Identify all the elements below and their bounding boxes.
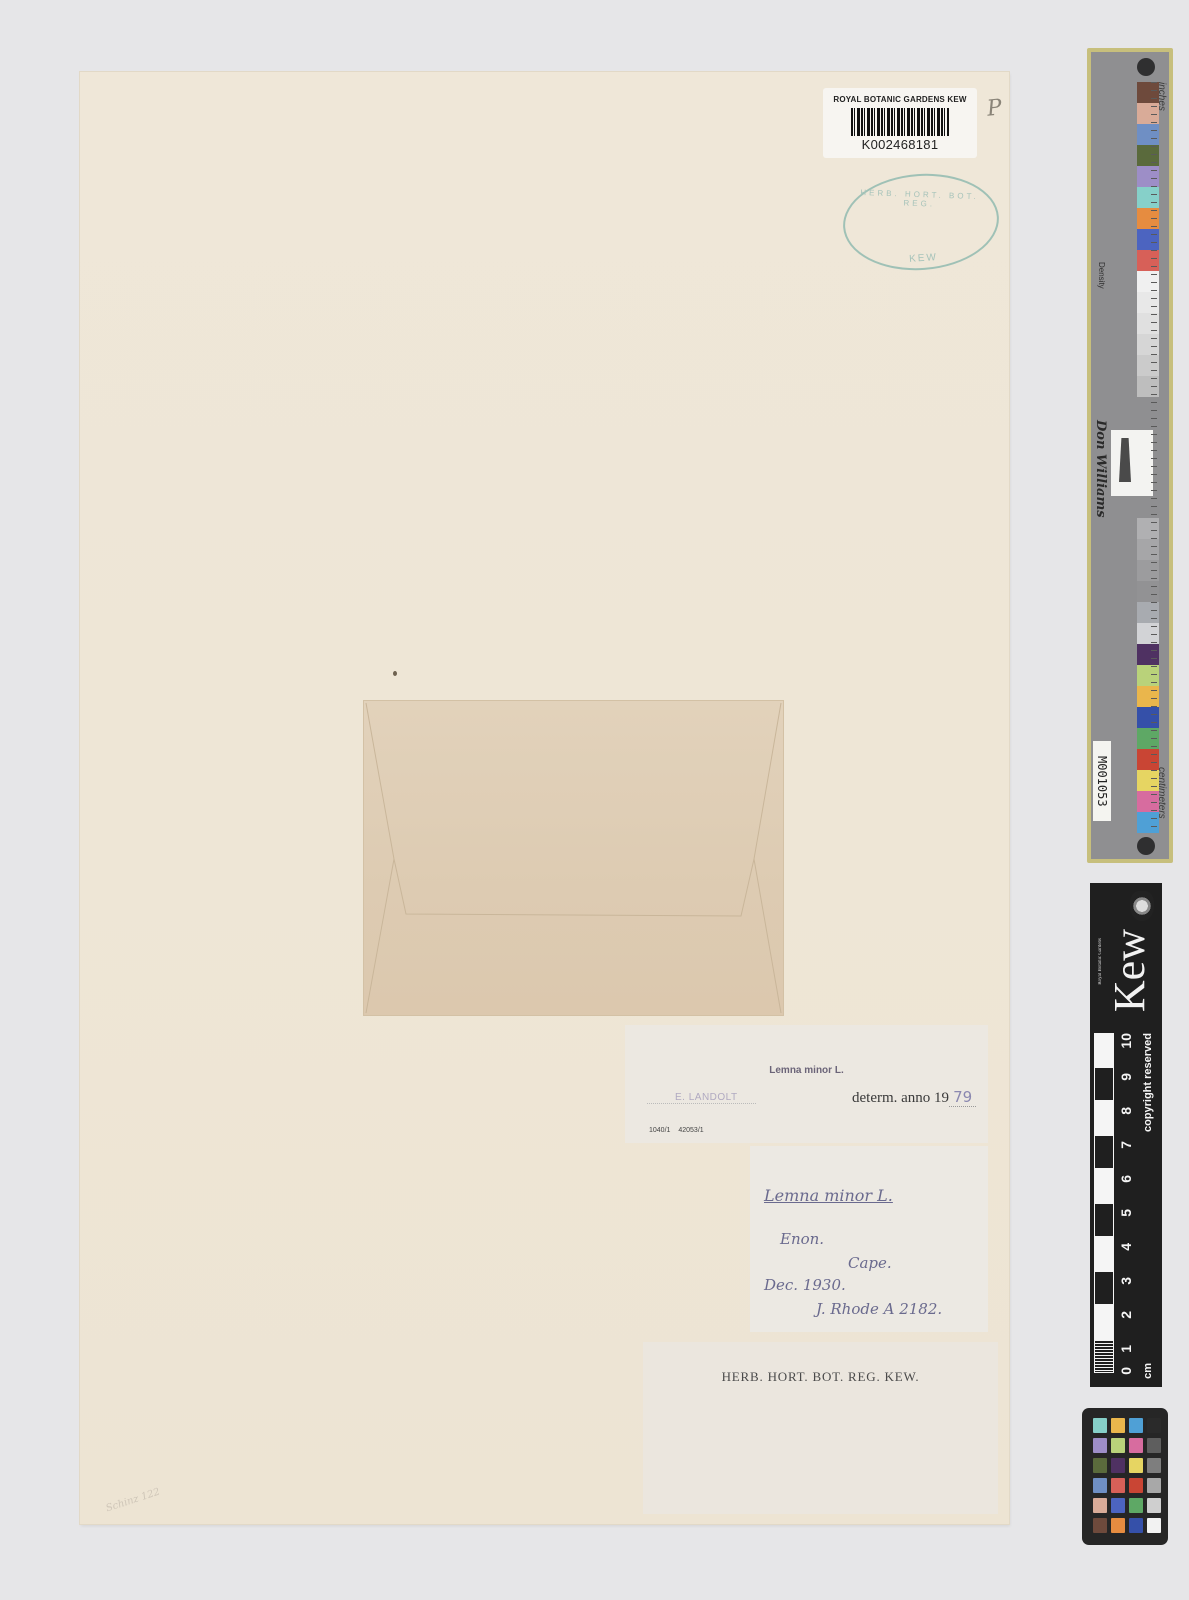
det-reference-numbers: 1040/1 42053/1 [649,1127,704,1134]
checker-cell [1093,1458,1107,1473]
scale-number: 2 [1118,1311,1134,1319]
scale-segment [1094,1203,1114,1237]
checker-cell [1147,1478,1161,1493]
density-label: Density [1097,262,1106,289]
checker-cell [1129,1438,1143,1453]
wedge-icon [1119,438,1131,482]
checker-cell [1093,1418,1107,1433]
checker-cell [1129,1418,1143,1433]
ruler-id: M001053 [1093,741,1111,821]
ruler-brand: Don Williams [1093,420,1108,518]
checker-cell [1111,1498,1125,1513]
herbarium-title: HERB. HORT. BOT. REG. KEW. [643,1369,998,1385]
checker-cell [1147,1418,1161,1433]
checker-cell [1093,1478,1107,1493]
speck [393,671,397,676]
checker-cell [1111,1438,1125,1453]
scale-segment [1094,1135,1114,1169]
herbarium-label: HERB. HORT. BOT. REG. KEW. [643,1342,998,1514]
checker-cell [1129,1458,1143,1473]
ruler-hole-icon [1137,58,1155,76]
scale-segment [1094,1033,1114,1067]
barcode-icon [851,108,949,136]
scale-segment [1094,1305,1114,1339]
scale-segment [1094,1067,1114,1101]
checker-cell [1111,1418,1125,1433]
scale-unit: cm [1142,1363,1154,1379]
checker-cell [1093,1438,1107,1453]
checker-cell [1111,1478,1125,1493]
color-ruler: Density inches Don Williams centimeters … [1087,48,1173,863]
collection-region: Cape. [848,1254,892,1272]
scale-segment [1094,1169,1114,1203]
specimen-envelope [364,701,783,1015]
collection-locality: Enon. [780,1230,824,1248]
scale-number: 10 [1118,1033,1134,1049]
det-anno-text: determ. anno 19 [852,1090,949,1106]
checker-cell [1111,1458,1125,1473]
scale-number: 0 [1118,1367,1134,1375]
collection-taxon: Lemna minor L. [764,1186,893,1205]
scale-number: 6 [1118,1175,1134,1183]
collection-collector: J. Rhode A 2182. [816,1300,942,1318]
scale-segment [1094,1101,1114,1135]
checker-cell [1129,1478,1143,1493]
corner-mark: P [986,95,1003,121]
collection-label: Lemna minor L. Enon. Cape. Dec. 1930. J.… [750,1146,988,1332]
det-taxon: Lemna minor L. [625,1065,988,1076]
kew-subtitle: Royal Botanic Gardens [1098,938,1103,985]
checker-cell [1093,1498,1107,1513]
scale-number: 1 [1118,1345,1134,1353]
kew-logo: Kew [1108,929,1152,1012]
det-determiner: E. LANDOLT [647,1092,756,1104]
checker-cell [1093,1518,1107,1533]
barcode-number: K002468181 [862,137,939,152]
scale-number: 3 [1118,1277,1134,1285]
checker-cell [1129,1498,1143,1513]
scale-number: 5 [1118,1209,1134,1217]
determination-label: Lemna minor L. E. LANDOLT determ. anno 1… [625,1025,988,1143]
scale-track [1094,1033,1114,1381]
color-checker [1082,1408,1168,1545]
scale-segment [1094,1237,1114,1271]
scale-number: 9 [1118,1073,1134,1081]
ruler-ticks [1151,82,1157,829]
collection-date: Dec. 1930. [764,1276,846,1294]
stamp-top-text: HERB. HORT. BOT. REG. [843,187,996,210]
kew-scale-bar: Royal Botanic Gardens Kew 10 9 8 7 6 5 4… [1090,883,1162,1387]
ruler-target [1111,430,1153,496]
barcode-label: ROYAL BOTANIC GARDENS KEW K002468181 [823,88,977,158]
checker-cell [1147,1518,1161,1533]
scale-segment [1094,1271,1114,1305]
det-anno: determ. anno 1979 [852,1088,976,1107]
kew-crest-icon [1130,891,1154,921]
checker-cell [1147,1458,1161,1473]
scale-number: 4 [1118,1243,1134,1251]
scale-number: 7 [1118,1141,1134,1149]
envelope-fold-lines-icon [364,701,783,1015]
centimeters-label: centimeters [1156,767,1167,819]
inches-label: inches [1156,82,1167,111]
checker-cell [1147,1498,1161,1513]
barcode-institution: ROYAL BOTANIC GARDENS KEW [833,95,966,104]
copyright-text: copyright reserved [1142,1033,1154,1132]
scale-number: 8 [1118,1107,1134,1115]
checker-cell [1147,1438,1161,1453]
scale-segment-mm [1094,1339,1114,1373]
ruler-hole-icon [1137,837,1155,855]
checker-cell [1129,1518,1143,1533]
det-year: 79 [949,1088,976,1107]
checker-cell [1111,1518,1125,1533]
